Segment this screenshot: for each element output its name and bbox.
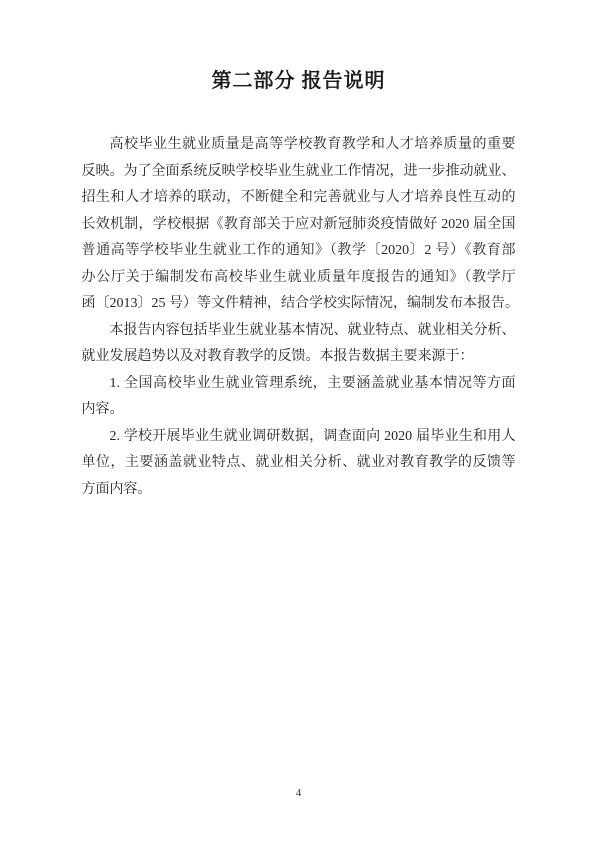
- text-line: 招生和人才培养的联动，不断健全和完善就业与人才培养良性互动的: [82, 185, 516, 212]
- text-line: 2. 学校开展毕业生就业调研数据，调查面向 2020 届毕业生和用人: [82, 424, 516, 451]
- data-source-item-1: 1. 全国高校毕业生就业管理系统，主要涵盖就业基本情况等方面内容。: [82, 371, 516, 424]
- page-title: 第二部分 报告说明: [0, 0, 597, 93]
- text-line: 单位，主要涵盖就业特点、就业相关分析、就业对教育教学的反馈等: [82, 450, 516, 477]
- text-line: 普通高等学校毕业生就业工作的通知》（教学〔2020〕2 号）《教育部: [82, 238, 516, 265]
- document-page: 第二部分 报告说明 高校毕业生就业质量是高等学校教育教学和人才培养质量的重要反映…: [0, 0, 597, 848]
- data-source-item-2: 2. 学校开展毕业生就业调研数据，调查面向 2020 届毕业生和用人单位，主要涵…: [82, 424, 516, 504]
- text-line: 本报告内容包括毕业生就业基本情况、就业特点、就业相关分析、: [82, 318, 516, 345]
- text-line: 高校毕业生就业质量是高等学校教育教学和人才培养质量的重要: [82, 132, 516, 159]
- text-line: 长效机制，学校根据《教育部关于应对新冠肺炎疫情做好 2020 届全国: [82, 212, 516, 239]
- text-line: 反映。为了全面系统反映学校毕业生就业工作情况，进一步推动就业、: [82, 159, 516, 186]
- report-scope-paragraph: 本报告内容包括毕业生就业基本情况、就业特点、就业相关分析、就业发展趋势以及对教育…: [82, 318, 516, 371]
- text-line: 办公厅关于编制发布高校毕业生就业质量年度报告的通知》（教学厅: [82, 265, 516, 292]
- text-line: 方面内容。: [82, 477, 516, 504]
- text-line: 1. 全国高校毕业生就业管理系统，主要涵盖就业基本情况等方面: [82, 371, 516, 398]
- page-number: 4: [0, 786, 597, 800]
- text-line: 就业发展趋势以及对教育教学的反馈。本报告数据主要来源于：: [82, 344, 516, 371]
- text-line: 函〔2013〕25 号）等文件精神，结合学校实际情况，编制发布本报告。: [82, 291, 516, 318]
- text-line: 内容。: [82, 397, 516, 424]
- document-content: 高校毕业生就业质量是高等学校教育教学和人才培养质量的重要反映。为了全面系统反映学…: [82, 132, 516, 503]
- intro-paragraph: 高校毕业生就业质量是高等学校教育教学和人才培养质量的重要反映。为了全面系统反映学…: [82, 132, 516, 318]
